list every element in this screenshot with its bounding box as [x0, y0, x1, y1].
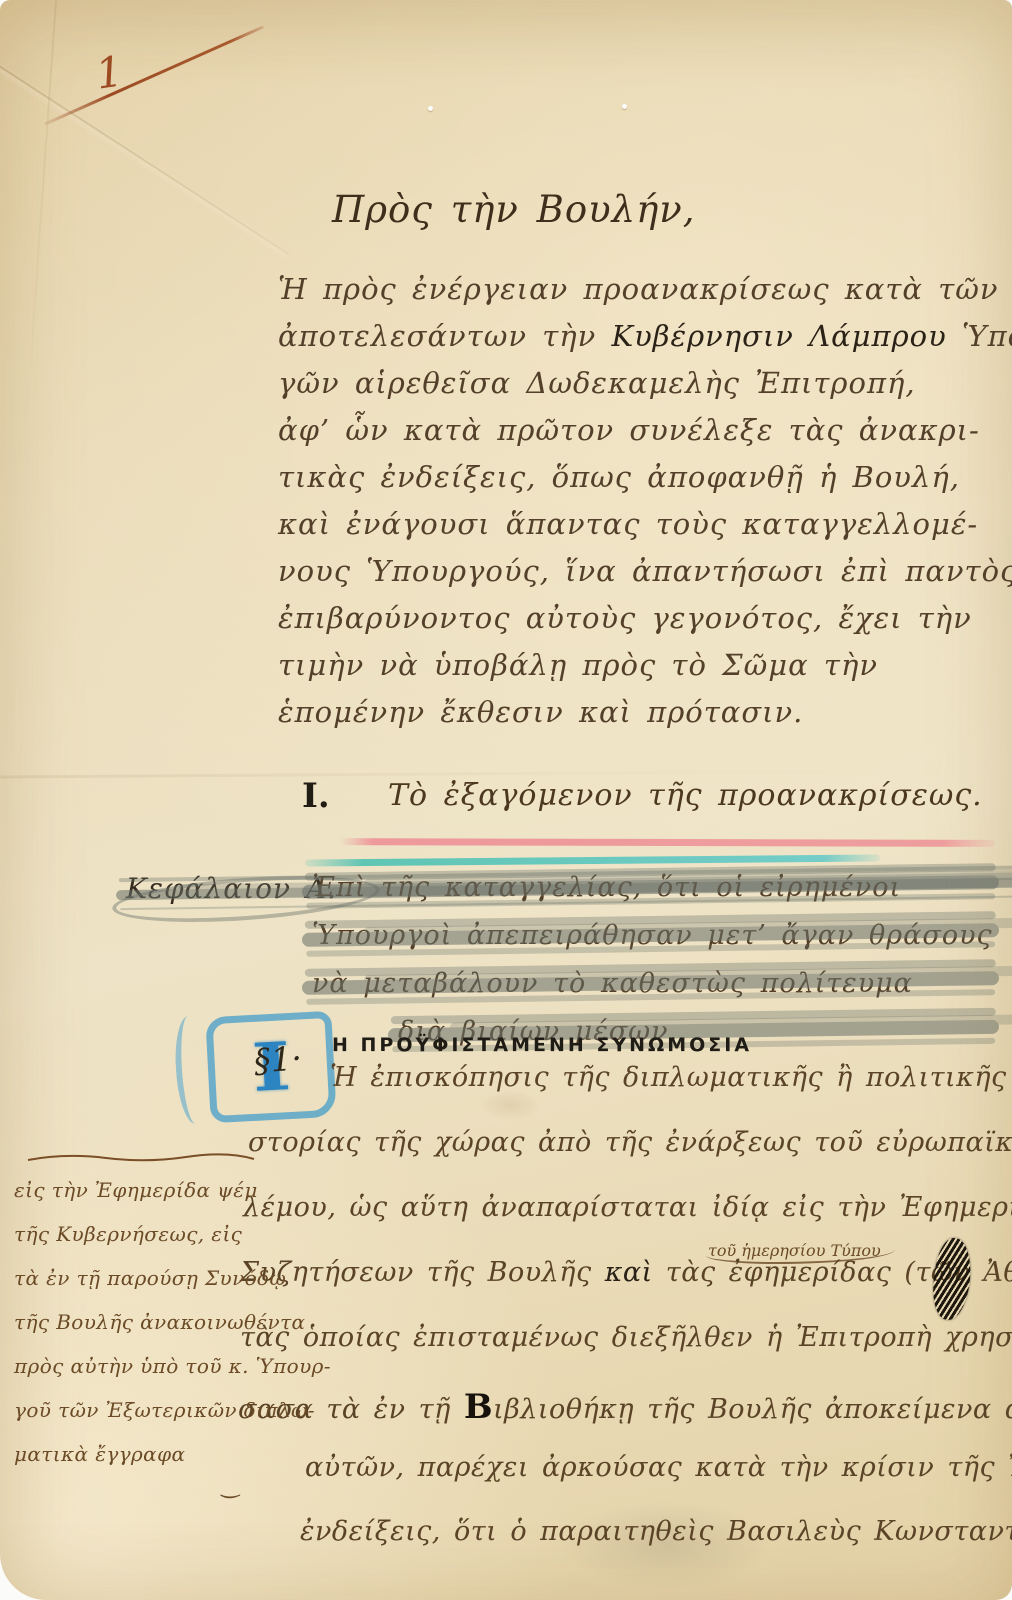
body-line: ἐνδείξεις, ὅτι ὁ παραιτηθεὶς Βασιλεὺς Κω…: [300, 1516, 1012, 1547]
page-number-underline: [44, 25, 264, 125]
paragraph-line: τικὰς ἐνδείξεις, ὅπως ἀποφανθῇ ἡ Βουλή,: [278, 454, 988, 501]
body-line-segment: ιβλιοθήκῃ τῆς Βουλῆς ἀποκείμενα ἀντίτυπα: [493, 1394, 1012, 1425]
body-line: αὐτῶν, παρέχει ἀρκούσας κατὰ τὴν κρίσιν …: [305, 1452, 1012, 1483]
paper-stain: [480, 1090, 540, 1120]
margin-note-line: τῆς Βουλῆς ἀνακοινωθέντα: [14, 1300, 314, 1344]
struck-line: Ὑπουργοὶ ἀπεπειράθησαν μετ’ ἄγαν θράσους: [312, 912, 993, 960]
paragraph-mark: §1·: [253, 1038, 304, 1080]
pinhole: [428, 106, 433, 111]
paragraph-line: ἀποτελεσάντων τὴν Κυβέρνησιν Λάμπρου Ὑπο…: [278, 313, 988, 360]
body-line: Ἡ ἐπισκόπησις τῆς διπλωματικῆς ἢ πολιτικ…: [330, 1062, 1012, 1093]
caret-insertion-mark: ‿: [222, 1474, 240, 1499]
paragraph-line-segment: ἀποτελεσάντων τὴν: [278, 319, 611, 353]
body-line: λέμου, ὡς αὕτη ἀναπαρίσταται ἰδίᾳ εἰς τὴ…: [243, 1192, 1012, 1223]
body-line: Συζητήσεων τῆς Βουλῆς καὶ τὰς ἐφημερίδας…: [240, 1257, 1012, 1288]
paragraph-line: καὶ ἐνάγουσι ἅπαντας τοὺς καταγγελλομέ-: [278, 501, 988, 548]
margin-note-line: εἰς τὴν Ἐφημερίδα ψέμ: [14, 1168, 314, 1212]
section-numeral-highlighted: Ι.: [296, 776, 336, 816]
paragraph-line-segment: Ὑπουρ-: [947, 319, 1012, 353]
paragraph-line: ἑπομένην ἔκθεσιν καὶ πρότασιν.: [278, 689, 988, 736]
body-line: σασα τὰ ἐν τῇ Βιβλιοθήκῃ τῆς Βουλῆς ἀποκ…: [238, 1387, 1012, 1427]
struck-paragraph: Ἐπὶ τῆς καταγγελίας, ὅτι οἱ εἰρημένοι Ὑπ…: [312, 864, 993, 1056]
struck-line: νὰ μεταβάλουν τὸ καθεστὼς πολίτευμα: [312, 960, 993, 1008]
paragraph-line: νους Ὑπουργούς, ἵνα ἀπαντήσωσι ἐπὶ παντὸ…: [278, 548, 988, 595]
paragraph-line: τιμὴν νὰ ὑποβάλῃ πρὸς τὸ Σῶμα τὴν: [278, 642, 988, 689]
body-line-segment: ἐνδείξεις, ὅτι ὁ παραιτηθεὶς Βασιλεὺς Κω…: [300, 1516, 1012, 1547]
paragraph-line: ἀφ’ ὧν κατὰ πρῶτον συνέλεξε τὰς ἀνακρι-: [278, 407, 988, 454]
black-ink-scribble: [929, 1236, 975, 1322]
salutation: Πρὸς τὴν Βουλήν,: [332, 188, 696, 231]
margin-note-line: γοῦ τῶν Ἐξωτερικῶν διπλω-: [14, 1388, 314, 1432]
struck-line: Ἐπὶ τῆς καταγγελίας, ὅτι οἱ εἰρημένοι: [312, 864, 993, 912]
margin-note-line: πρὸς αὐτὴν ὑπὸ τοῦ κ. Ὑπουρ-: [14, 1344, 314, 1388]
pinhole: [622, 104, 627, 109]
margin-note-line: ματικὰ ἔγγραφα: [14, 1432, 314, 1476]
body-line: τὰς ὁποίας ἐπισταμένως διεξῆλθεν ἡ Ἐπιτρ…: [240, 1322, 1012, 1353]
caps-subtitle: Η ΠΡΟΫΦΙΣΤΑΜΕΝΗ ΣΥΝΩΜΟΣΙΑ: [332, 1034, 752, 1056]
pink-crayon-underline: [340, 838, 995, 847]
body-line-segment-black-capital: Β: [464, 1387, 493, 1427]
paragraph-line-segment-dark-ink: Κυβέρνησιν Λάμπρου: [611, 319, 946, 353]
opening-paragraph: Ἡ πρὸς ἐνέργειαν προανακρίσεως κατὰ τῶν …: [278, 266, 988, 736]
section-one-row: Ι.: [296, 776, 336, 816]
margin-note-line: τῆς Κυβερνήσεως, εἰς: [14, 1212, 314, 1256]
paragraph-line: ἐπιβαρύνοντος αὐτοὺς γεγονότος, ἔχει τὴν: [278, 595, 988, 642]
paragraph-line: Ἡ πρὸς ἐνέργειαν προανακρίσεως κατὰ τῶν: [278, 266, 988, 313]
manuscript-page: 1 Πρὸς τὴν Βουλήν, Ἡ πρὸς ἐνέργειαν προα…: [0, 0, 1012, 1600]
margin-note-line: τὰ ἐν τῇ παρούσῃ Συνόδῳ: [14, 1256, 314, 1300]
body-line: στορίας τῆς χώρας ἀπὸ τῆς ἐνάρξεως τοῦ ε…: [248, 1127, 1012, 1158]
paper-fold-crease: [25, 0, 57, 429]
paragraph-line: γῶν αἱρεθεῖσα Δωδεκαμελὴς Ἐπιτροπή,: [278, 360, 988, 407]
section-heading: Τὸ ἐξαγόμενον τῆς προανακρίσεως.: [388, 778, 983, 813]
margin-note-overline: [26, 1152, 256, 1164]
margin-note: εἰς τὴν Ἐφημερίδα ψέμ τῆς Κυβερνήσεως, ε…: [14, 1168, 314, 1476]
body-line-segment-black-ink: καὶ: [605, 1257, 653, 1288]
